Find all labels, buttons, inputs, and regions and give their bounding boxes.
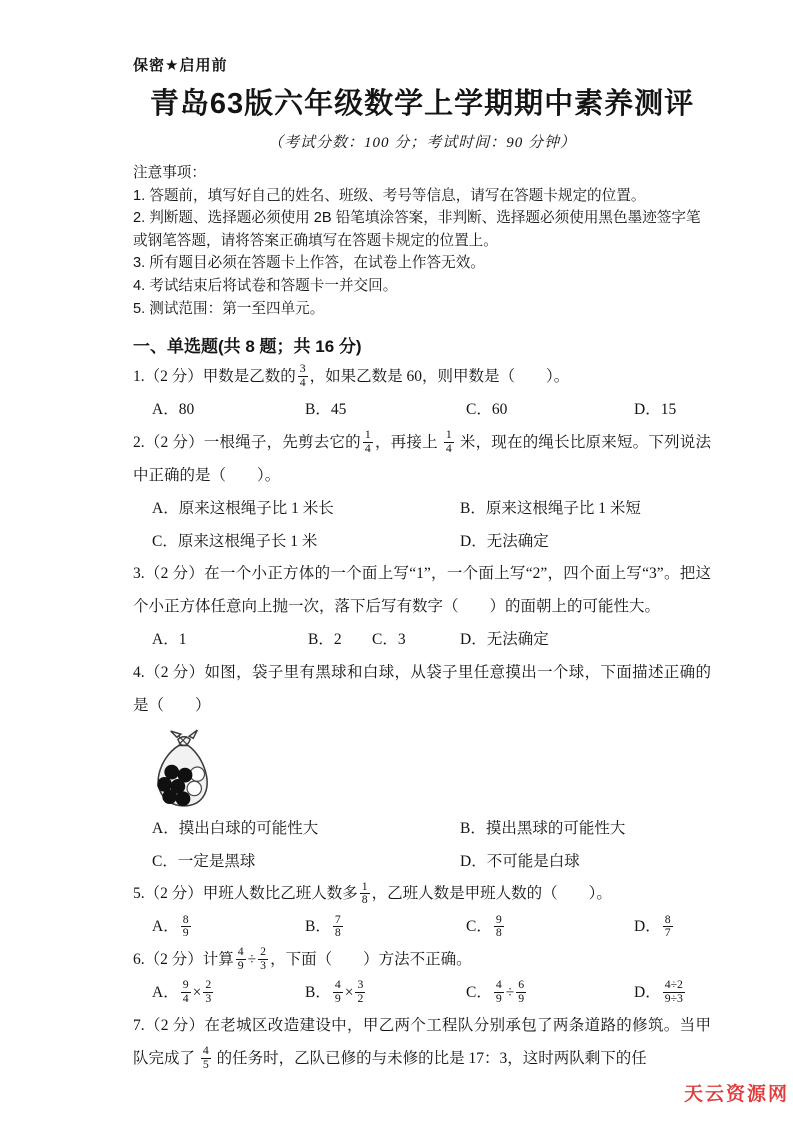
note-item: 4. 考试结束后将试卷和答题卡一并交回。 <box>133 275 711 298</box>
option-d: D．4÷29÷3 <box>634 977 711 1010</box>
question-stem: 4.（2 分）如图，袋子里有黑球和白球，从袋子里任意摸出一个球，下面描述正确的是… <box>133 657 711 723</box>
fraction: 87 <box>663 914 673 940</box>
option-a: A．原来这根绳子比 1 米长 <box>152 493 460 526</box>
options-grid: A．摸出白球的可能性大 B．摸出黑球的可能性大 C．一定是黑球 D．不可能是白球 <box>133 813 711 879</box>
option-b: B．49×32 <box>305 977 466 1010</box>
note-item: 5. 测试范围：第一至四单元。 <box>133 298 711 321</box>
option-b: B．45 <box>305 394 466 427</box>
options-row: A．94×23 B．49×32 C．49÷69 D．4÷29÷3 <box>133 977 711 1010</box>
option-b: B．2 <box>308 624 372 657</box>
question-stem: 7.（2 分）在老城区改造建设中，甲乙两个工程队分别承包了两条道路的修筑。当甲队… <box>133 1010 711 1076</box>
option-c: C．49÷69 <box>466 977 634 1010</box>
options-grid: A．原来这根绳子比 1 米长 B．原来这根绳子比 1 米短 C．原来这根绳子长 … <box>133 493 711 559</box>
fraction: 49 <box>494 979 504 1005</box>
option-b: B．78 <box>305 911 466 944</box>
option-d: D．无法确定 <box>460 624 711 657</box>
question-5: 5.（2 分）甲班人数比乙班人数多18，乙班人数是甲班人数的（ ）。 A．89 … <box>133 878 711 944</box>
question-2: 2.（2 分）一根绳子，先剪去它的14，再接上 14 米，现在的绳长比原来短。下… <box>133 427 711 558</box>
question-7: 7.（2 分）在老城区改造建设中，甲乙两个工程队分别承包了两条道路的修筑。当甲队… <box>133 1010 711 1076</box>
option-b: B．摸出黑球的可能性大 <box>460 813 711 846</box>
option-a: A．摸出白球的可能性大 <box>152 813 460 846</box>
question-1: 1.（2 分）甲数是乙数的34，如果乙数是 60，则甲数是（ ）。 A．80 B… <box>133 361 711 427</box>
option-a: A．80 <box>152 394 305 427</box>
option-a: A．1 <box>152 624 308 657</box>
fraction: 14 <box>444 429 454 455</box>
options-row: A．80 B．45 C．60 D．15 <box>133 394 711 427</box>
fraction: 23 <box>203 979 213 1005</box>
option-b: B．原来这根绳子比 1 米短 <box>460 493 711 526</box>
notes-section: 注意事项： 1. 答题前，填写好自己的姓名、班级、考号等信息，请写在答题卡规定的… <box>133 162 711 320</box>
fraction: 23 <box>258 946 268 972</box>
exam-info: （考试分数：100 分；考试时间：90 分钟） <box>133 131 711 152</box>
option-a: A．89 <box>152 911 305 944</box>
fraction: 49 <box>333 979 343 1005</box>
note-item: 2. 判断题、选择题必须使用 2B 铅笔填涂答案，非判断、选择题必须使用黑色墨迹… <box>133 207 711 252</box>
fraction: 78 <box>333 914 343 940</box>
option-c: C．3 <box>372 624 460 657</box>
exam-paper-page: 保密★启用前 青岛63版六年级数学上学期期中素养测评 （考试分数：100 分；考… <box>0 0 793 1076</box>
option-c: C．原来这根绳子长 1 米 <box>152 526 460 559</box>
fraction: 14 <box>363 429 373 455</box>
fraction: 49 <box>236 946 246 972</box>
fraction: 18 <box>360 881 370 907</box>
fraction: 94 <box>181 979 191 1005</box>
bag-image <box>150 727 711 811</box>
question-stem: 1.（2 分）甲数是乙数的34，如果乙数是 60，则甲数是（ ）。 <box>133 361 711 394</box>
option-d: D．不可能是白球 <box>460 846 711 879</box>
option-a: A．94×23 <box>152 977 305 1010</box>
question-stem: 3.（2 分）在一个小正方体的一个面上写“1”，一个面上写“2”，四个面上写“3… <box>133 558 711 624</box>
options-row: A．1 B．2 C．3 D．无法确定 <box>133 624 711 657</box>
fraction: 69 <box>516 979 526 1005</box>
fraction: 34 <box>298 363 308 389</box>
notes-heading: 注意事项： <box>133 162 711 185</box>
option-c: C．60 <box>466 394 634 427</box>
section-heading: 一、单选题(共 8 题；共 16 分) <box>133 332 711 357</box>
question-stem: 5.（2 分）甲班人数比乙班人数多18，乙班人数是甲班人数的（ ）。 <box>133 878 711 911</box>
fraction: 98 <box>494 914 504 940</box>
note-item: 1. 答题前，填写好自己的姓名、班级、考号等信息，请写在答题卡规定的位置。 <box>133 185 711 208</box>
note-item: 3. 所有题目必须在答题卡上作答，在试卷上作答无效。 <box>133 252 711 275</box>
option-d: D．15 <box>634 394 711 427</box>
page-title: 青岛63版六年级数学上学期期中素养测评 <box>133 81 711 122</box>
fraction: 4÷29÷3 <box>663 979 685 1005</box>
question-6: 6.（2 分）计算49÷23，下面（ ）方法不正确。 A．94×23 B．49×… <box>133 944 711 1010</box>
options-row: A．89 B．78 C．98 D．87 <box>133 911 711 944</box>
watermark: 天云资源网 <box>684 1079 789 1106</box>
question-3: 3.（2 分）在一个小正方体的一个面上写“1”，一个面上写“2”，四个面上写“3… <box>133 558 711 657</box>
fraction: 89 <box>181 914 191 940</box>
option-c: C．98 <box>466 911 634 944</box>
question-stem: 2.（2 分）一根绳子，先剪去它的14，再接上 14 米，现在的绳长比原来短。下… <box>133 427 711 493</box>
option-c: C．一定是黑球 <box>152 846 460 879</box>
fraction: 32 <box>355 979 365 1005</box>
question-4: 4.（2 分）如图，袋子里有黑球和白球，从袋子里任意摸出一个球，下面描述正确的是… <box>133 657 711 878</box>
question-stem: 6.（2 分）计算49÷23，下面（ ）方法不正确。 <box>133 944 711 977</box>
security-label: 保密★启用前 <box>133 54 711 75</box>
option-d: D．87 <box>634 911 711 944</box>
fraction: 45 <box>201 1045 211 1071</box>
option-d: D．无法确定 <box>460 526 711 559</box>
